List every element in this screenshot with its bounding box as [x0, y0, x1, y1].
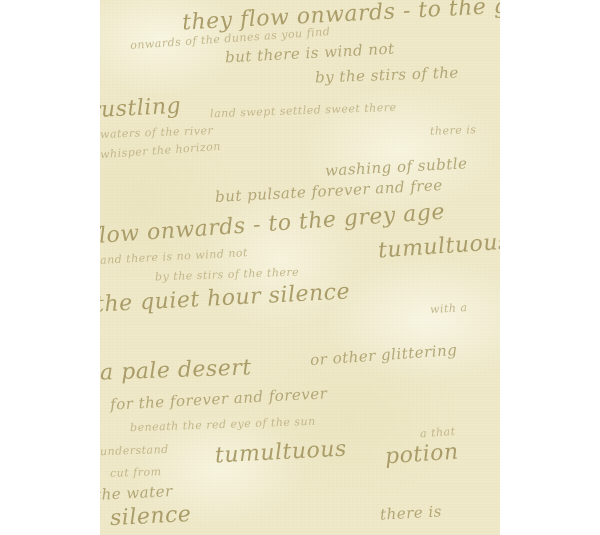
script-line: tumultuous	[214, 437, 347, 469]
script-line: there is	[430, 123, 477, 138]
script-line: land swept settled sweet there	[210, 101, 397, 121]
script-line: whisper the horizon	[100, 140, 221, 161]
script-line: washing of subtle	[325, 154, 468, 179]
script-line: a pale desert	[100, 355, 252, 385]
script-line: by the stirs of the there	[155, 265, 300, 283]
script-line: rustling	[100, 94, 182, 124]
script-line: cut from	[110, 465, 162, 480]
script-line: with a	[430, 301, 468, 316]
script-line: waters of the river	[100, 124, 213, 141]
script-line: they flow onwards - to the g	[182, 0, 500, 36]
script-line: by the stirs of the	[315, 63, 459, 86]
script-line: the quiet hour silence	[100, 279, 351, 317]
script-line: beneath the red eye of the sun	[130, 415, 316, 434]
script-line: and there is no wind not	[100, 246, 248, 267]
script-line: tumultuous	[377, 229, 500, 263]
script-line: a that	[420, 425, 456, 440]
script-line: there is	[380, 502, 443, 523]
script-line: or other glittering	[310, 341, 458, 369]
script-line: for the forever and forever	[110, 384, 328, 413]
script-line: the water	[100, 482, 173, 504]
script-line: understand	[100, 443, 169, 458]
script-line: silence	[109, 502, 192, 531]
wallpaper-texture: they flow onwards - to the g onwards of …	[100, 0, 500, 535]
script-line: potion	[384, 439, 459, 469]
